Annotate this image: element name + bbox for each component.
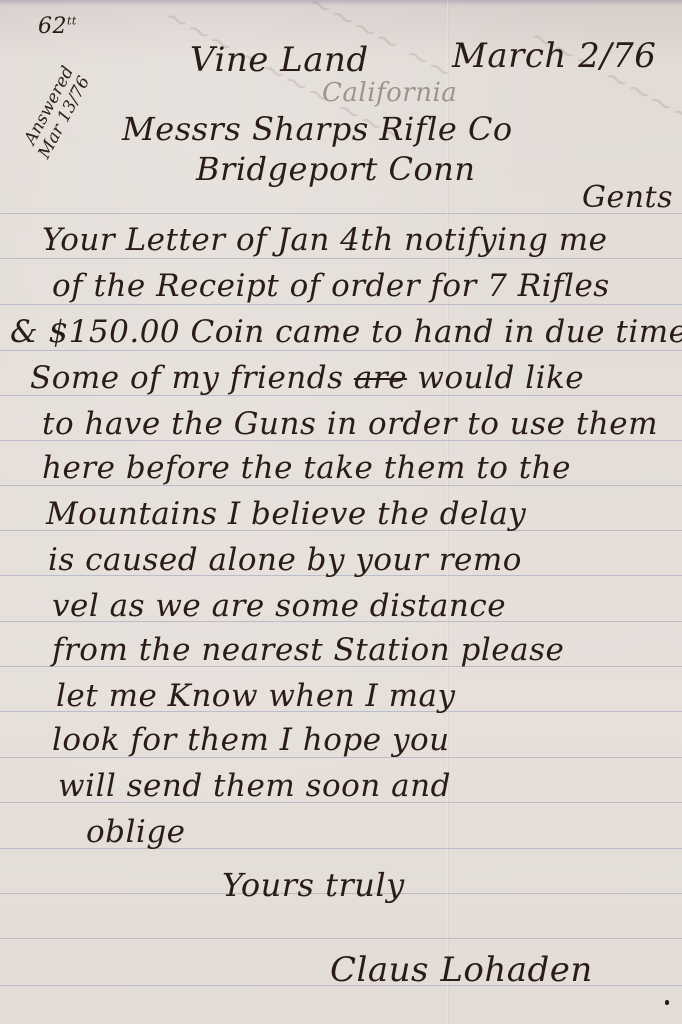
body-line-11: let me Know when I may [56, 678, 456, 714]
state-name-faded: California [322, 78, 457, 108]
body-line-3: & $150.00 Coin came to hand in due time [10, 314, 682, 350]
body-line-2: of the Receipt of order for 7 Rifles [52, 268, 610, 304]
body-line-5: to have the Guns in order to use them [42, 406, 658, 442]
signature: Claus Lohaden [330, 950, 593, 990]
body-line-14: oblige [86, 814, 186, 850]
ruled-line [0, 938, 682, 939]
ruled-line [0, 350, 682, 351]
margin-number-text: 62 [38, 14, 67, 39]
struck-word: are [354, 360, 407, 396]
body-line-12: look for them I hope you [52, 722, 450, 758]
letter-date: March 2/76 [452, 36, 656, 76]
margin-number-superscript: tt [67, 15, 77, 28]
body-line-1: Your Letter of Jan 4th notifying me [42, 222, 607, 258]
body-line-4: Some of my friends are would like [30, 360, 584, 396]
body-line-8: is caused alone by your remo [48, 542, 522, 578]
body-line-9: vel as we are some distance [52, 588, 506, 624]
body-line-6: here before the take them to the [42, 450, 571, 486]
margin-number: 62tt [38, 14, 77, 39]
addressee-line2: Bridgeport Conn [196, 150, 476, 188]
letter-page: ~~~ ~~~~ ~~~ ~~~~ ~~ ~~~ ~~~~ 62tt Answe… [0, 0, 682, 1024]
body-line-4-start: Some of my friends [30, 360, 344, 396]
ruled-line [0, 213, 682, 214]
body-line-7: Mountains I believe the delay [46, 496, 526, 532]
place-name: Vine Land [190, 40, 369, 80]
salutation: Gents [582, 180, 673, 215]
body-line-10: from the nearest Station please [52, 632, 564, 668]
body-line-13: will send them soon and [58, 768, 451, 804]
closing: Yours truly [222, 866, 405, 904]
ruled-line [0, 258, 682, 259]
ink-dot [665, 1000, 669, 1005]
ruled-line [0, 304, 682, 305]
addressee-line1: Messrs Sharps Rifle Co [122, 110, 513, 148]
body-line-4-end: would like [417, 360, 584, 396]
